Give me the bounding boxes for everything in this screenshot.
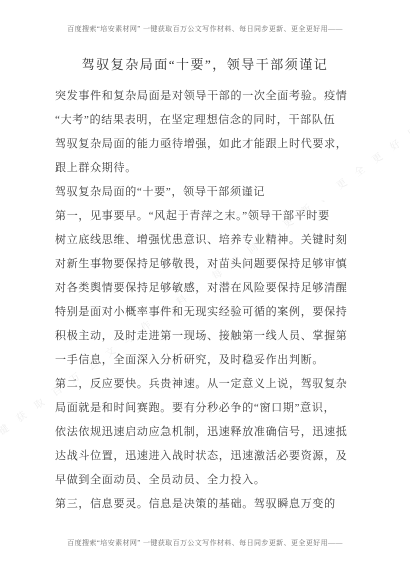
body-line: 跟上群众期待。 (55, 156, 361, 180)
body-line: 达战斗位置，迅速进入战时状态，迅速激活必要资源，及 (55, 444, 361, 468)
body-line: 第一，见事要早。“风起于青萍之末。”领导干部平时要 (55, 204, 361, 228)
body-line: 积极主动，及时走进第一现场、接触第一线人员、掌握第 (55, 324, 361, 348)
header-note: 百度搜索“培安素材网” 一键获取百万公文写作材料、每日同步更新、更全更好用—— (0, 22, 410, 36)
body-line: 驾驭复杂局面的“十要”，领导干部须谨记 (55, 180, 361, 204)
body-line: “大考”的结果表明，在坚定理想信念的同时，干部队伍 (55, 108, 361, 132)
body-line: 特别是面对小概率事件和无现实经验可循的案例，要保持 (55, 300, 361, 324)
body-line: 树立底线思维、增强忧患意识、培养专业精神。关键时刻 (55, 228, 361, 252)
body-line: 对各类舆情要保持足够敏感，对潜在风险要保持足够清醒 (55, 276, 361, 300)
body-line: 突发事件和复杂局面是对领导干部的一次全面考验。疫情 (55, 84, 361, 108)
page-title: 驾驭复杂局面“十要”，领导干部须谨记 (0, 55, 410, 75)
body-line: 一手信息，全面深入分析研究，及时稳妥作出判断。 (55, 348, 361, 372)
body-line: 对新生事物要保持足够敬畏，对苗头问题要保持足够审慎 (55, 252, 361, 276)
footer-note: 百度搜索“培安素材网” 一键获取百万公文写作材料、每日同步更新、更全更好用—— (0, 536, 410, 550)
body-line: 早做到全面动员、全员动员、全力投入。 (55, 468, 361, 492)
body-line: 局面就是和时间赛跑。要有分秒必争的“窗口期”意识， (55, 396, 361, 420)
document-body: 突发事件和复杂局面是对领导干部的一次全面考验。疫情“大考”的结果表明，在坚定理想… (55, 84, 361, 516)
body-line: 第二，反应要快。兵贵神速。从一定意义上说，驾驭复杂 (55, 372, 361, 396)
body-line: 第三，信息要灵。信息是决策的基础。驾驭瞬息万变的 (55, 492, 361, 516)
body-line: 依法依规迅速启动应急机制，迅速释放准确信号，迅速抵 (55, 420, 361, 444)
body-line: 驾驭复杂局面的能力亟待增强，如此才能跟上时代要求， (55, 132, 361, 156)
document-page: 百度搜索“培安素材网” 一键获取百万公文写作材料、每日同步更新、更全更好用—— … (0, 0, 410, 580)
